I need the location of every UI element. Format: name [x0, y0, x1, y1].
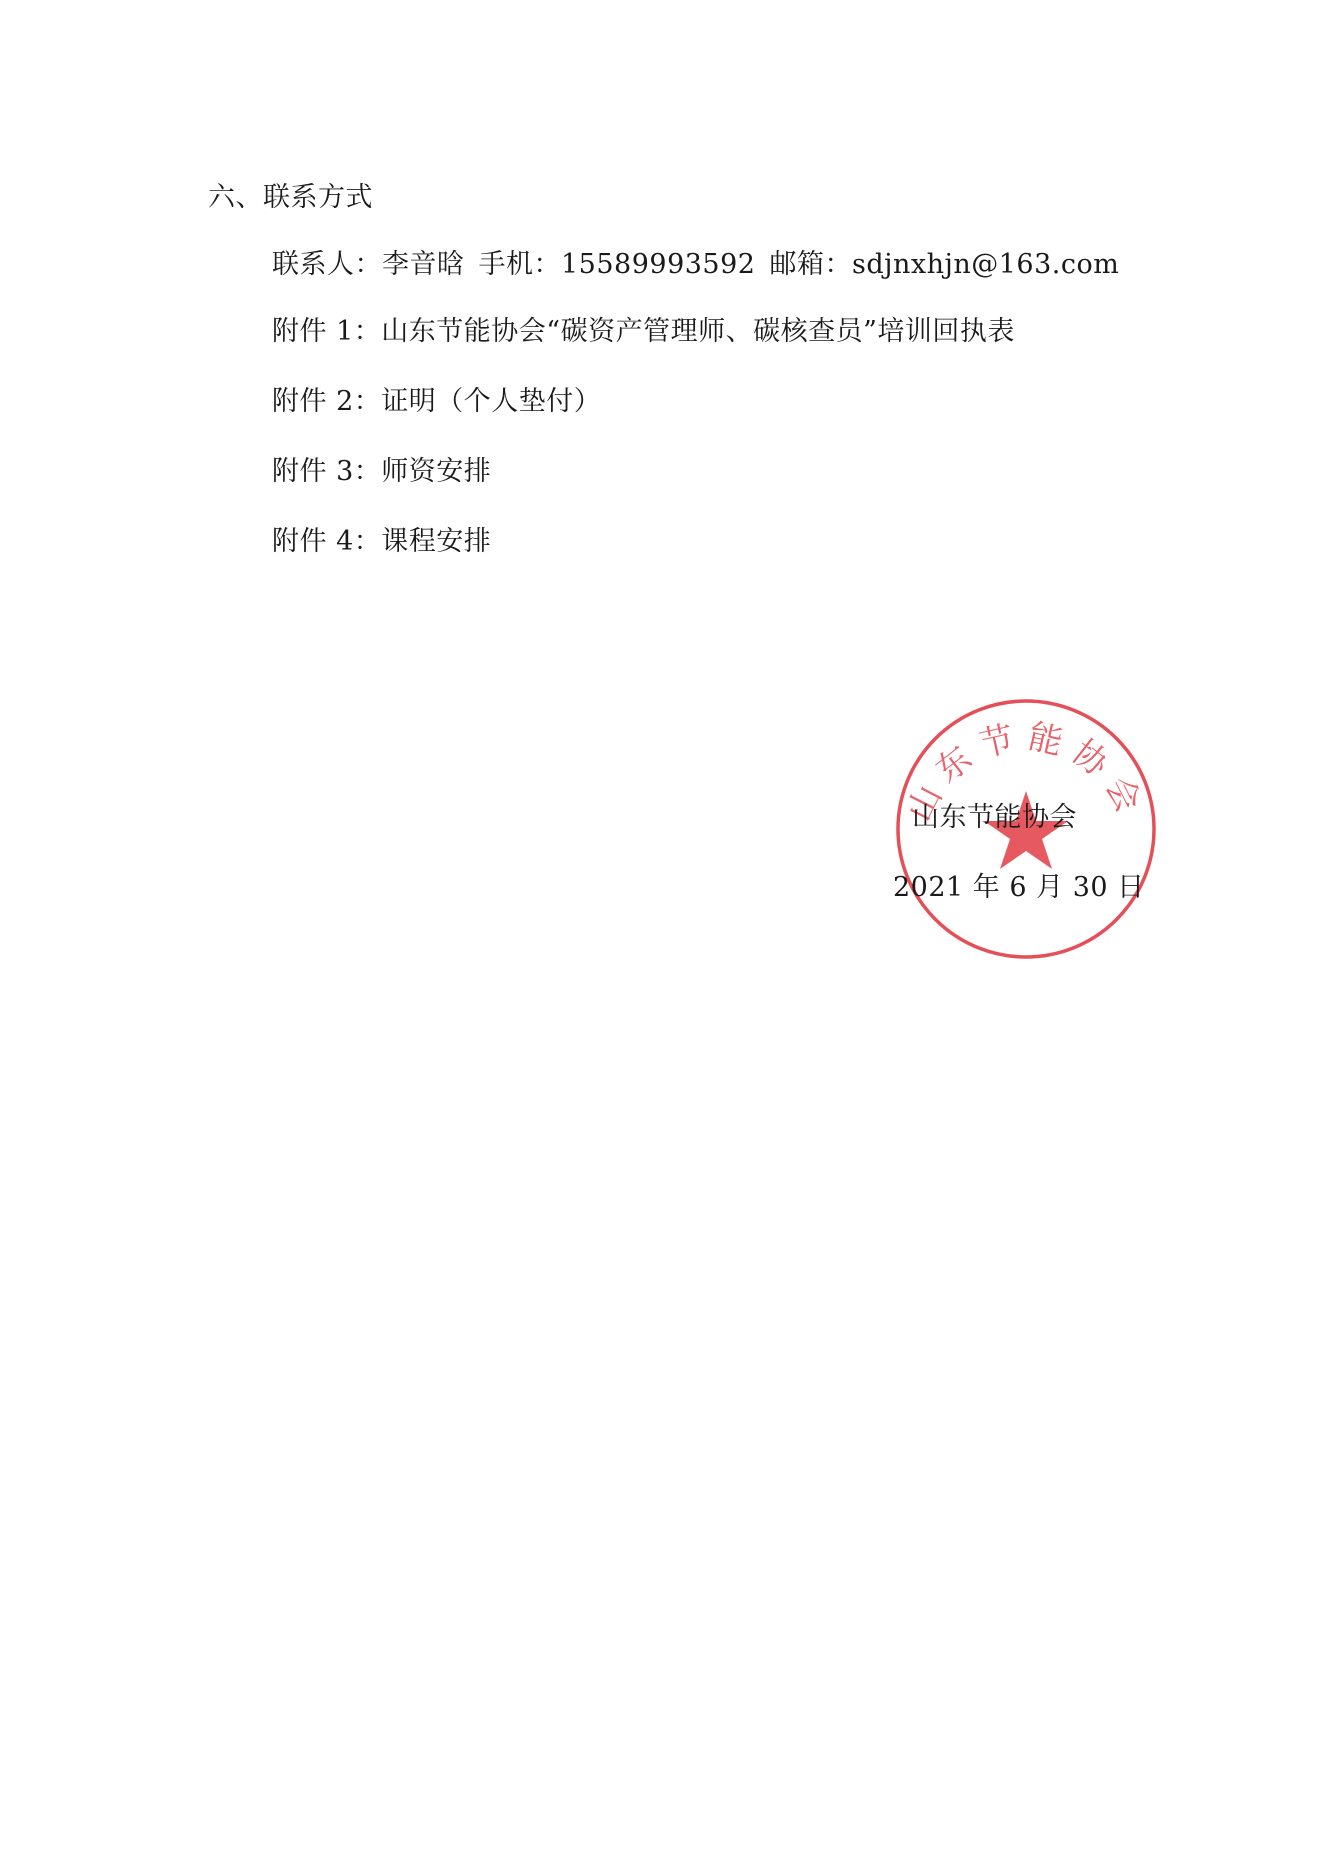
attachment-label: 附件 1： — [272, 316, 381, 347]
attachment-title: 山东节能协会“碳资产管理师、碳核查员”培训回执表 — [381, 316, 1015, 347]
attachment-item: 附件 2：证明（个人垫付） — [272, 384, 601, 420]
signature-date: 2021 年 6 月 30 日 — [893, 870, 1145, 906]
contact-person-name: 李音晗 — [382, 249, 465, 280]
contact-line: 联系人：李音晗手机：15589993592邮箱：sdjnxhjn@163.com — [272, 247, 1119, 283]
attachment-label: 附件 4： — [272, 526, 381, 557]
contact-person-label: 联系人： — [272, 249, 382, 280]
attachment-label: 附件 2： — [272, 386, 381, 417]
email-label: 邮箱： — [769, 249, 852, 280]
phone-number: 15589993592 — [561, 249, 755, 280]
attachment-title: 师资安排 — [381, 456, 491, 487]
attachment-title: 证明（个人垫付） — [381, 386, 601, 417]
phone-label: 手机： — [479, 249, 562, 280]
section-title: 六、联系方式 — [208, 180, 373, 216]
attachment-item: 附件 1：山东节能协会“碳资产管理师、碳核查员”培训回执表 — [272, 314, 1015, 350]
attachment-title: 课程安排 — [381, 526, 491, 557]
attachment-label: 附件 3： — [272, 456, 381, 487]
email-address: sdjnxhjn@163.com — [852, 249, 1119, 280]
attachment-item: 附件 3：师资安排 — [272, 454, 491, 490]
signature-organization: 山东节能协会 — [912, 800, 1077, 836]
attachment-item: 附件 4：课程安排 — [272, 524, 491, 560]
